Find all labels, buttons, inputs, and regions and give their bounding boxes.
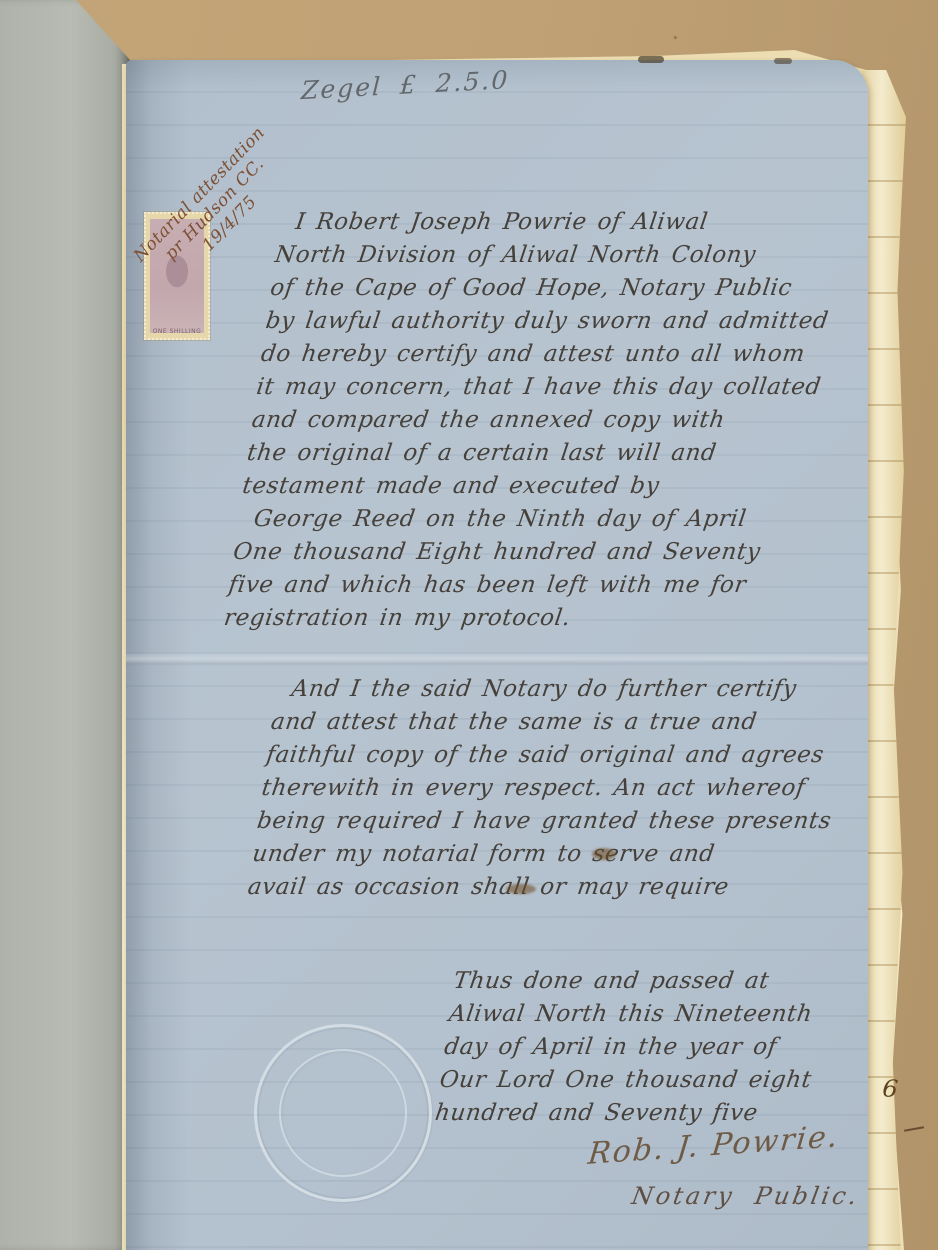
manuscript-line: faithful copy of the said original and a… xyxy=(264,739,899,772)
manuscript-line: day of April in the year of xyxy=(442,1031,887,1064)
stamp-denomination: ONE SHILLING xyxy=(146,328,208,335)
manuscript-line: therewith in every respect. An act where… xyxy=(259,772,894,805)
manuscript-line: And I the said Notary do further certify xyxy=(273,673,908,706)
manuscript-line: under my notarial form to serve and xyxy=(250,838,885,871)
manuscript-line: I Robert Joseph Powrie of Aliwal xyxy=(277,206,902,239)
manuscript-line: the original of a certain last will and xyxy=(245,437,870,470)
manuscript-line: avail as occasion shall or may require xyxy=(246,871,881,904)
closing-clause: Thus done and passed at Aliwal North thi… xyxy=(433,965,896,1130)
manuscript-line: testament made and executed by xyxy=(240,470,865,503)
pencil-duty-note: Zegel £ 2.5.0 xyxy=(300,65,510,105)
attestation-paragraph-1: I Robert Joseph Powrie of Aliwal North D… xyxy=(222,206,902,635)
attestation-paragraph-2: And I the said Notary do further certify… xyxy=(246,673,908,904)
manuscript-line: Thus done and passed at xyxy=(451,965,896,998)
manuscript-line: by lawful authority duly sworn and admit… xyxy=(263,305,888,338)
manuscript-line: registration in my protocol. xyxy=(222,602,847,635)
manuscript-line: North Division of Aliwal North Colony xyxy=(273,239,898,272)
ink-smudge xyxy=(506,884,536,894)
archive-photo: 6 Zegel £ 2.5.0 ONE SHILLING Notarial at… xyxy=(0,0,938,1250)
manuscript-line: of the Cape of Good Hope, Notary Public xyxy=(268,272,893,305)
manuscript-line: George Reed on the Ninth day of April xyxy=(236,503,861,536)
torn-edge-speck xyxy=(638,56,664,63)
seal-inner-ring xyxy=(279,1049,407,1177)
torn-edge-speck xyxy=(774,58,792,64)
folio-number: 6 xyxy=(881,1074,900,1104)
manuscript-line: One thousand Eight hundred and Seventy xyxy=(231,536,856,569)
manuscript-line: five and which has been left with me for xyxy=(226,569,851,602)
fold-crease xyxy=(126,652,868,666)
ink-smudge xyxy=(592,848,616,860)
facing-page xyxy=(0,0,130,1250)
document-page: Zegel £ 2.5.0 ONE SHILLING Notarial atte… xyxy=(126,60,868,1250)
manuscript-line: it may concern, that I have this day col… xyxy=(254,371,879,404)
manuscript-line: being required I have granted these pres… xyxy=(255,805,890,838)
manuscript-line: Aliwal North this Nineteenth xyxy=(447,998,892,1031)
notary-title: Notary Public. xyxy=(630,1182,862,1210)
manuscript-line: and attest that the same is a true and xyxy=(269,706,904,739)
embossed-notarial-seal xyxy=(254,1024,432,1202)
manuscript-line: Our Lord One thousand eight xyxy=(437,1064,882,1097)
manuscript-line: and compared the annexed copy with xyxy=(250,404,875,437)
folio-dash xyxy=(904,1126,924,1131)
manuscript-line: do hereby certify and attest unto all wh… xyxy=(259,338,884,371)
